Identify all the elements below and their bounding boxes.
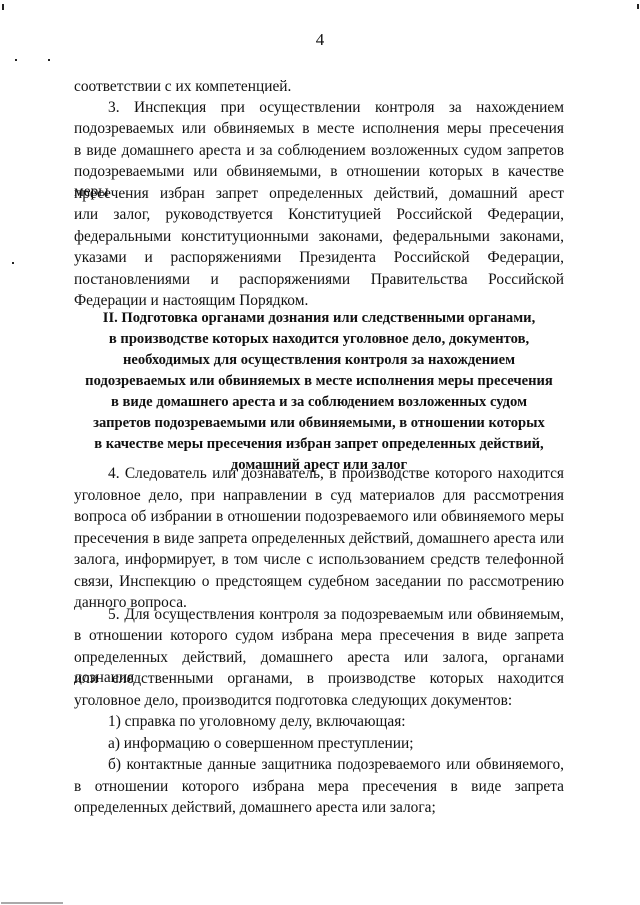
- paragraph-3-line: 3. Инспекция при осуществлении контроля …: [108, 98, 564, 118]
- paragraph-5-line: уголовное дело, производится подготовка …: [74, 691, 564, 711]
- list-item-1: 1) справка по уголовному делу, включающа…: [108, 712, 564, 732]
- paragraph-3-line: пресечения избран запрет определенных де…: [74, 184, 564, 204]
- scan-artifact: [637, 4, 639, 9]
- paragraph-5-line: в отношении которого судом избрана мера …: [74, 626, 564, 646]
- paragraph-4-line: уголовное дело, при направлении в суд ма…: [74, 486, 564, 506]
- paragraph-3-line: в виде домашнего ареста и за соблюдением…: [74, 141, 564, 161]
- page-number: 4: [0, 30, 640, 50]
- list-item-b-line: б) контактные данные защитника подозрева…: [108, 755, 564, 775]
- paragraph-3-line: постановлениями и распоряжениями Правите…: [74, 270, 564, 290]
- paragraph-4-line: вопроса об избрании в отношении подозрев…: [74, 507, 564, 527]
- paragraph-3-line: указами и распоряжениями Президента Росс…: [74, 248, 564, 268]
- list-item-a: а) информацию о совершенном преступлении…: [108, 734, 564, 754]
- paragraph-3-line: подозреваемых или обвиняемых в месте исп…: [74, 119, 564, 139]
- paragraph-continuation-line: соответствии с их компетенцией.: [74, 77, 564, 97]
- paragraph-5-line: 5. Для осуществления контроля за подозре…: [108, 605, 564, 625]
- section-heading-line: в виде домашнего ареста и за соблюдением…: [74, 392, 564, 414]
- paragraph-3-line: или залог, руководствуется Конституцией …: [74, 205, 564, 225]
- paragraph-4-line: залога, информирует, в том числе с испол…: [74, 550, 564, 570]
- paragraph-4-line: пресечения в виде запрета определенных д…: [74, 529, 564, 549]
- paragraph-4-line: 4. Следователь или дознаватель, в произв…: [108, 464, 564, 484]
- list-item-b-line: в отношении которого избрана мера пресеч…: [74, 777, 564, 797]
- section-heading-line: в производстве которых находится уголовн…: [74, 329, 564, 351]
- scan-edge-artifact: [1, 902, 63, 904]
- scan-artifact: [15, 59, 17, 61]
- paragraph-5-line: или следственными органами, в производст…: [74, 669, 564, 689]
- section-heading-line: необходимых для осуществления контроля з…: [74, 350, 564, 372]
- section-heading-line: подозреваемых или обвиняемых в месте исп…: [74, 371, 564, 393]
- section-heading-line: в качестве меры пресечения избран запрет…: [74, 434, 564, 456]
- list-item-b-line: определенных действий, домашнего ареста …: [74, 798, 564, 818]
- scan-artifact: [2, 4, 4, 10]
- section-heading-line: запретов подозреваемыми или обвиняемыми,…: [74, 413, 564, 435]
- paragraph-4-line: связи, Инспекцию о предстоящем судебном …: [74, 572, 564, 592]
- scan-artifact: [48, 59, 50, 61]
- scan-artifact: [12, 262, 14, 264]
- paragraph-3-line: федеральными конституционными законами, …: [74, 227, 564, 247]
- section-heading-line: II. Подготовка органами дознания или сле…: [74, 308, 564, 330]
